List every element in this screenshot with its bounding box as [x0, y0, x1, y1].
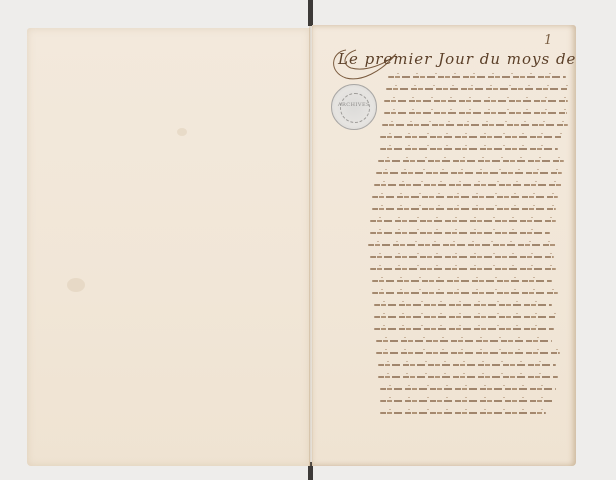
- text-line: [372, 280, 552, 282]
- text-line: [380, 136, 562, 138]
- page-gutter: [309, 26, 313, 466]
- text-line: [380, 388, 556, 390]
- text-line: [378, 376, 558, 378]
- text-line: [370, 256, 554, 258]
- text-line: [372, 196, 558, 198]
- text-line: [386, 88, 568, 90]
- left-page: [27, 28, 310, 466]
- text-line: [374, 304, 552, 306]
- text-line: [382, 124, 568, 126]
- text-line: [374, 328, 554, 330]
- text-line: [388, 76, 566, 78]
- text-line: [372, 208, 556, 210]
- text-line: [376, 352, 560, 354]
- text-line: [378, 364, 556, 366]
- text-line: [372, 292, 558, 294]
- text-line: [380, 412, 546, 414]
- text-line: [380, 148, 558, 150]
- text-line: [368, 244, 556, 246]
- seal-text: ARCHIVES: [332, 102, 376, 108]
- text-line: [374, 184, 562, 186]
- text-line: [384, 112, 567, 114]
- paper-stain: [177, 128, 187, 136]
- text-line: [370, 232, 550, 234]
- text-line: [370, 220, 556, 222]
- folio-number: 1: [544, 33, 552, 48]
- text-line: [378, 160, 564, 162]
- text-line: [384, 100, 568, 102]
- text-line: [374, 316, 556, 318]
- archive-seal: ARCHIVES: [331, 84, 377, 130]
- text-line: [376, 172, 562, 174]
- heading-line: Le premier Jour du moys de: [338, 50, 576, 68]
- text-line: [380, 400, 554, 402]
- paper-stain: [67, 278, 85, 292]
- book-spine-top: [308, 0, 313, 26]
- text-line: [370, 268, 556, 270]
- text-line: [376, 340, 552, 342]
- seal-emblem-icon: [340, 93, 370, 123]
